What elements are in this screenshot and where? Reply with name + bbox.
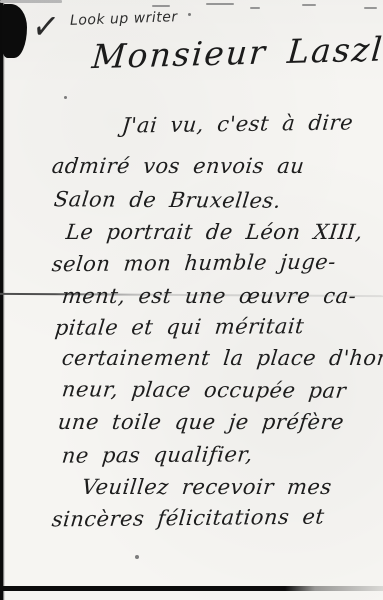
scan-speck xyxy=(0,0,62,3)
letter-line: une toile que je préfère xyxy=(57,410,346,434)
annotation-note: Look up writer xyxy=(70,9,178,29)
letter-line: J'ai vu, c'est à dire xyxy=(121,110,355,137)
scanned-letter-page: ✓ Look up writer Monsieur Laszlo J'ai vu… xyxy=(0,0,383,600)
scan-speck xyxy=(250,7,260,9)
letter-line: selon mon humble juge- xyxy=(51,250,337,276)
bottom-page-edge xyxy=(0,586,383,591)
letter-line: Veuillez recevoir mes xyxy=(81,475,333,499)
letter-line: neur, place occupée par xyxy=(61,377,348,402)
letter-line: admiré vos envois au xyxy=(51,154,306,178)
letter-line: ne pas qualifier, xyxy=(61,442,254,467)
letter-line: certainement la place d'hon- xyxy=(61,346,383,370)
letter-line: ment, est une œuvre ca- xyxy=(61,284,358,308)
letter-line: Salon de Bruxelles. xyxy=(53,187,283,213)
scan-speck xyxy=(64,96,67,99)
scan-speck xyxy=(152,5,170,7)
scan-speck xyxy=(302,4,316,6)
scan-speck xyxy=(135,555,139,559)
letter-line: Le portrait de Léon XIII, xyxy=(65,220,364,244)
checkmark-icon: ✓ xyxy=(29,4,61,51)
left-page-edge xyxy=(0,0,5,600)
ink-blot xyxy=(2,4,27,58)
scan-speck xyxy=(206,3,234,5)
salutation: Monsieur Laszlo xyxy=(91,29,383,76)
letter-line: pitale et qui méritait xyxy=(54,314,306,340)
scan-speck xyxy=(188,13,191,16)
scan-speck xyxy=(364,7,377,9)
letter-line: sincères félicitations et xyxy=(51,505,326,532)
